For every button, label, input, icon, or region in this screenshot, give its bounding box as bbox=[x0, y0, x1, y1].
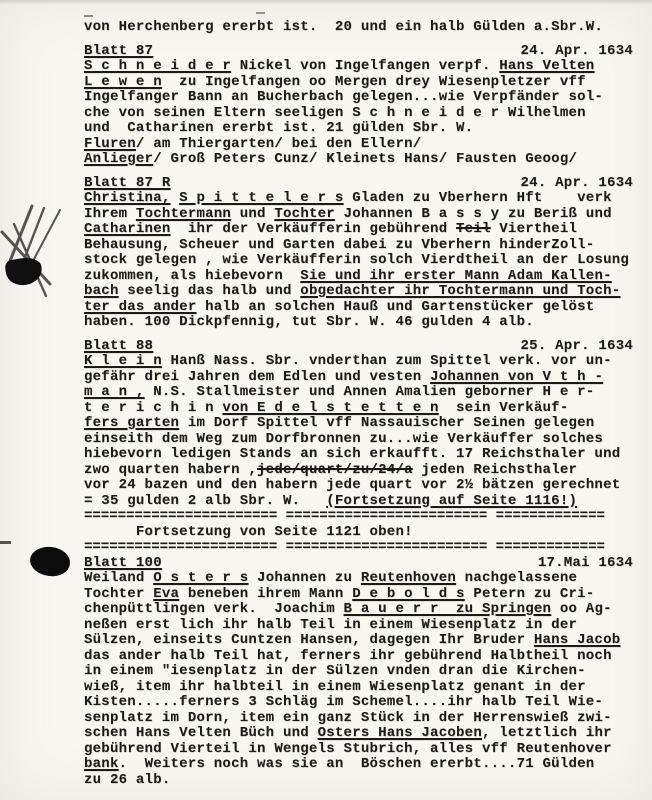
underlined-text: L e w e n bbox=[84, 74, 162, 90]
text-segment: schen Hans Velten Büch und bbox=[84, 725, 318, 741]
text-segment: Nickel von Ingelfangen verpf. bbox=[231, 58, 499, 74]
entry-block: Blatt 8724. Apr. 1634S c h n e i d e r N… bbox=[84, 44, 633, 168]
text-line: Behausung, Scheuer und Garten dabei zu V… bbox=[84, 238, 633, 254]
text-segment: im Dorf Spittel vff Nassauischer Seinen … bbox=[179, 415, 594, 431]
entry-block: Blatt 87 R24. Apr. 1634Christina, S p i … bbox=[84, 176, 633, 331]
entry-heading: Blatt 10017.Mai 1634 bbox=[84, 556, 633, 572]
text-line: zu 26 alb. bbox=[84, 773, 633, 789]
text-segment: Kisten.....ferners 3 Schläg im Schemel..… bbox=[84, 694, 603, 710]
text-segment: Viertheil bbox=[491, 221, 578, 237]
entry-block: Blatt 10017.Mai 1634Weiland O s t e r s … bbox=[84, 556, 633, 789]
text-segment: stock gelegen , wie Verkäufferin solch V… bbox=[84, 252, 629, 268]
text-line: t e r i c h i n von E d e l s t e t t e … bbox=[84, 401, 633, 417]
underlined-text: Tochtermann bbox=[136, 206, 231, 222]
text-segment: haben. 100 Dickpfennig, tut Sbr. W. 46 g… bbox=[84, 314, 534, 330]
underlined-text: S c h n e i d e r bbox=[84, 58, 231, 74]
underlined-text: bank bbox=[84, 756, 119, 772]
text-segment: Ingelfanger Bann an Bucherbach gelegen..… bbox=[84, 89, 603, 105]
document-page: von Herchenberg ererbt ist. 20 und ein h… bbox=[0, 0, 652, 800]
paragraph-block: von Herchenberg ererbt ist. 20 und ein h… bbox=[84, 20, 633, 36]
underlined-text: Hans Velten bbox=[499, 58, 594, 74]
text-segment: / Groß Peters Cunz/ Kleinets Hans/ Faust… bbox=[153, 151, 577, 167]
text-segment: gebührend Vierteil in Wengels Stubrich, … bbox=[84, 741, 612, 757]
text-segment: gefähr drei Jahren dem Edlen und vesten bbox=[84, 369, 430, 385]
text-line: Fluren/ am Thiergarten/ bei den Ellern/ bbox=[84, 137, 633, 153]
underlined-text: Eva bbox=[153, 586, 179, 602]
pencil-cross-mark bbox=[0, 204, 78, 304]
text-line: Anlieger/ Groß Peters Cunz/ Kleinets Han… bbox=[84, 152, 633, 168]
text-segment bbox=[171, 190, 180, 206]
underlined-text: obgedachter ihr Tochtermann und Toch- bbox=[300, 283, 620, 299]
text-line: Fortsetzung von Seite 1121 oben! bbox=[84, 525, 633, 541]
text-segment: t e r i c h i n bbox=[84, 400, 222, 416]
text-line: Ingelfanger Bann an Bucherbach gelegen..… bbox=[84, 90, 633, 106]
text-line: vor 24 bazen und den habern jede quart v… bbox=[84, 478, 633, 494]
text-segment: Behausung, Scheuer und Garten dabei zu V… bbox=[84, 237, 594, 253]
text-line: K l e i n Hanß Nass. Sbr. vnderthan zum … bbox=[84, 354, 633, 370]
text-segment: Hanß Nass. Sbr. vnderthan zum Spittel ve… bbox=[162, 353, 612, 369]
text-segment: wieß, item ihr halbteil in einem Wiesenp… bbox=[84, 679, 586, 695]
separator-line: ======================= ================… bbox=[84, 540, 633, 556]
text-segment: Fortsetzung von Seite 1121 oben! bbox=[84, 524, 413, 540]
underlined-text: von E d e l s t e t t e n bbox=[222, 400, 438, 416]
blatt-label: Blatt 87 R bbox=[84, 176, 171, 192]
black-dot-mark bbox=[29, 545, 72, 578]
scan-edge-shadow bbox=[0, 0, 652, 5]
text-line: ter das ander halb an solchen Hauß und G… bbox=[84, 300, 633, 316]
struck-text: jede/quart/zu/24/a bbox=[257, 462, 413, 478]
underlined-text: Sie und ihr erster Mann Adam Kallen- bbox=[300, 268, 611, 284]
text-segment: Tochter bbox=[84, 586, 153, 602]
text-line: das ander halb Teil hat, ferners ihr geb… bbox=[84, 649, 633, 665]
text-segment: = 35 gulden 2 alb Sbr. W. bbox=[84, 493, 326, 509]
blatt-label: Blatt 87 bbox=[84, 44, 153, 60]
text-segment: und bbox=[231, 206, 274, 222]
underlined-text: Osters Hans Jacoben bbox=[318, 725, 482, 741]
separator-block: ======================= ================… bbox=[84, 509, 633, 525]
underlined-text: Fluren bbox=[84, 136, 136, 152]
text-segment: oo Ag- bbox=[551, 601, 612, 617]
stray-dash-mark bbox=[84, 15, 93, 17]
underlined-text: Christina, bbox=[84, 190, 171, 206]
text-line: Ihrem Tochtermann und Tochter Johannen B… bbox=[84, 207, 633, 223]
text-line: gebührend Vierteil in Wengels Stubrich, … bbox=[84, 742, 633, 758]
text-segment: zukommen, als hiebevorn bbox=[84, 268, 300, 284]
text-segment: hiebevorn ledigen Stands an sich erkauff… bbox=[84, 446, 620, 462]
text-segment: von Herchenberg ererbt ist. 20 und ein h… bbox=[84, 19, 603, 35]
text-segment: zu Ingelfangen oo Mergen drey Wiesenplet… bbox=[162, 74, 586, 90]
underlined-text: D e b o l d s bbox=[352, 586, 464, 602]
text-segment: zu 26 alb. bbox=[84, 772, 171, 788]
text-line: che von seinen Eltern seeligen S c h n e… bbox=[84, 106, 633, 122]
separator-block: ======================= ================… bbox=[84, 540, 633, 556]
text-line: neßen erst lich ihr halb Teil in einem W… bbox=[84, 618, 633, 634]
text-line: haben. 100 Dickpfennig, tut Sbr. W. 46 g… bbox=[84, 315, 633, 331]
text-segment: neßen erst lich ihr halb Teil in einem W… bbox=[84, 617, 577, 633]
text-line: zwo quarten habern ,jede/quart/zu/24/a j… bbox=[84, 463, 633, 479]
text-segment: in einem "iesenplatz in der Sülzen vnden… bbox=[84, 663, 586, 679]
struck-text: Teil bbox=[456, 221, 491, 237]
underlined-text: fers garten bbox=[84, 415, 179, 431]
text-line: bank. Weiters noch was sie an Böschen er… bbox=[84, 757, 633, 773]
entry-block: Blatt 8825. Apr. 1634K l e i n Hanß Nass… bbox=[84, 339, 633, 510]
blatt-label: Blatt 88 bbox=[84, 339, 153, 355]
text-line: in einem "iesenplatz in der Sülzen vnden… bbox=[84, 664, 633, 680]
text-segment: jeden Reichsthaler bbox=[413, 462, 577, 478]
text-segment: Weiland bbox=[84, 570, 153, 586]
underlined-text: O s t e r s bbox=[153, 570, 248, 586]
underlined-text: K l e i n bbox=[84, 353, 162, 369]
text-segment: zwo quarten habern , bbox=[84, 462, 257, 478]
text-segment: Johannen zu bbox=[248, 570, 360, 586]
blatt-label: Blatt 100 bbox=[84, 556, 162, 572]
text-line: gefähr drei Jahren dem Edlen und vesten … bbox=[84, 370, 633, 386]
underlined-text: Anlieger bbox=[84, 151, 153, 167]
text-line: Christina, S p i t t e l e r s Gladen zu… bbox=[84, 191, 633, 207]
text-segment: chenpüttlingen verk. Joachim bbox=[84, 601, 344, 617]
text-line: von Herchenberg ererbt ist. 20 und ein h… bbox=[84, 20, 633, 36]
text-segment: / am Thiergarten/ bei den Ellern/ bbox=[136, 136, 422, 152]
text-segment: das ander halb Teil hat, ferners ihr geb… bbox=[84, 648, 612, 664]
text-line: Tochter Eva beneben ihrem Mann D e b o l… bbox=[84, 587, 633, 603]
text-segment: Sülzen, einseits Cuntzen Hansen, dagegen… bbox=[84, 632, 534, 648]
stray-dash-mark bbox=[256, 12, 265, 14]
underlined-text: Reutenhoven bbox=[361, 570, 456, 586]
text-segment: beneben ihrem Mann bbox=[179, 586, 352, 602]
text-segment: Johannen B a s s y zu Beriß und bbox=[335, 206, 612, 222]
text-line: senplatz im Dorn, item ein ganz Stück in… bbox=[84, 711, 633, 727]
text-line: m a n , N.S. Stallmeister und Annen Amal… bbox=[84, 385, 633, 401]
text-segment: halb an solchen Hauß und Gartenstücker g… bbox=[196, 299, 594, 315]
underlined-text: Johannen von V t h - bbox=[430, 369, 603, 385]
text-segment: N.S. Stallmeister und Annen Amalien gebo… bbox=[145, 384, 595, 400]
text-segment: sein Verkäuf- bbox=[439, 400, 569, 416]
text-line: Kisten.....ferners 3 Schläg im Schemel..… bbox=[84, 695, 633, 711]
underlined-text: S p i t t e l e r s bbox=[179, 190, 343, 206]
text-line: = 35 gulden 2 alb Sbr. W. (Fortsetzung a… bbox=[84, 494, 633, 510]
text-segment: Petern zu Cri- bbox=[465, 586, 595, 602]
text-line: bach seelig das halb und obgedachter ihr… bbox=[84, 284, 633, 300]
separator-line: ======================= ================… bbox=[84, 509, 633, 525]
entry-date: 24. Apr. 1634 bbox=[521, 44, 633, 60]
edge-dash-mark bbox=[0, 541, 11, 544]
text-segment: einseith dem Weg zum Dorfbronnen zu...wi… bbox=[84, 431, 603, 447]
text-segment: senplatz im Dorn, item ein ganz Stück in… bbox=[84, 710, 612, 726]
underlined-text: Catharinen bbox=[84, 221, 171, 237]
entry-date: 25. Apr. 1634 bbox=[521, 339, 633, 355]
text-line: einseith dem Weg zum Dorfbronnen zu...wi… bbox=[84, 432, 633, 448]
underlined-text: ter das ander bbox=[84, 299, 196, 315]
text-line: fers garten im Dorf Spittel vff Nassauis… bbox=[84, 416, 633, 432]
text-segment: Ihrem bbox=[84, 206, 136, 222]
underlined-text: m a n , bbox=[84, 384, 145, 400]
text-segment: che von seinen Eltern seeligen S c h n e… bbox=[84, 105, 586, 121]
text-line: L e w e n zu Ingelfangen oo Mergen drey … bbox=[84, 75, 633, 91]
text-segment: Gladen zu Vberhern Hft verk bbox=[344, 190, 612, 206]
document-body: von Herchenberg ererbt ist. 20 und ein h… bbox=[84, 20, 633, 788]
text-line: hiebevorn ledigen Stands an sich erkauff… bbox=[84, 447, 633, 463]
text-line: S c h n e i d e r Nickel von Ingelfangen… bbox=[84, 59, 633, 75]
entry-heading: Blatt 8724. Apr. 1634 bbox=[84, 44, 633, 60]
underlined-text: Hans Jacob bbox=[534, 632, 621, 648]
text-segment: , letztlich ihr bbox=[482, 725, 612, 741]
underlined-text: bach bbox=[84, 283, 119, 299]
text-line: Weiland O s t e r s Johannen zu Reutenho… bbox=[84, 571, 633, 587]
entry-heading: Blatt 8825. Apr. 1634 bbox=[84, 339, 633, 355]
underlined-text: B a u e r r zu Springen bbox=[344, 601, 552, 617]
text-line: schen Hans Velten Büch und Osters Hans J… bbox=[84, 726, 633, 742]
text-segment: und Catharinen ererbt ist. 21 gülden Sbr… bbox=[84, 120, 473, 136]
text-line: stock gelegen , wie Verkäufferin solch V… bbox=[84, 253, 633, 269]
underlined-text: Tochter bbox=[274, 206, 335, 222]
text-line: wieß, item ihr halbteil in einem Wiesenp… bbox=[84, 680, 633, 696]
text-line: chenpüttlingen verk. Joachim B a u e r r… bbox=[84, 602, 633, 618]
text-segment: vor 24 bazen und den habern jede quart v… bbox=[84, 477, 620, 493]
entry-heading: Blatt 87 R24. Apr. 1634 bbox=[84, 176, 633, 192]
paragraph-block: Fortsetzung von Seite 1121 oben! bbox=[84, 525, 633, 541]
entry-date: 17.Mai 1634 bbox=[538, 556, 633, 572]
entry-date: 24. Apr. 1634 bbox=[521, 176, 633, 192]
text-line: zukommen, als hiebevorn Sie und ihr erst… bbox=[84, 269, 633, 285]
text-segment: . Weiters noch was sie an Böschen ererbt… bbox=[119, 756, 595, 772]
text-segment: ihr der Verkäufferin gebührend bbox=[171, 221, 457, 237]
text-line: und Catharinen ererbt ist. 21 gülden Sbr… bbox=[84, 121, 633, 137]
text-line: Catharinen ihr der Verkäufferin gebühren… bbox=[84, 222, 633, 238]
text-segment: seelig das halb und bbox=[119, 283, 301, 299]
text-segment: nachgelassene bbox=[456, 570, 577, 586]
underlined-text: (Fortsetzung auf Seite 1116!) bbox=[326, 493, 577, 509]
text-line: Sülzen, einseits Cuntzen Hansen, dagegen… bbox=[84, 633, 633, 649]
